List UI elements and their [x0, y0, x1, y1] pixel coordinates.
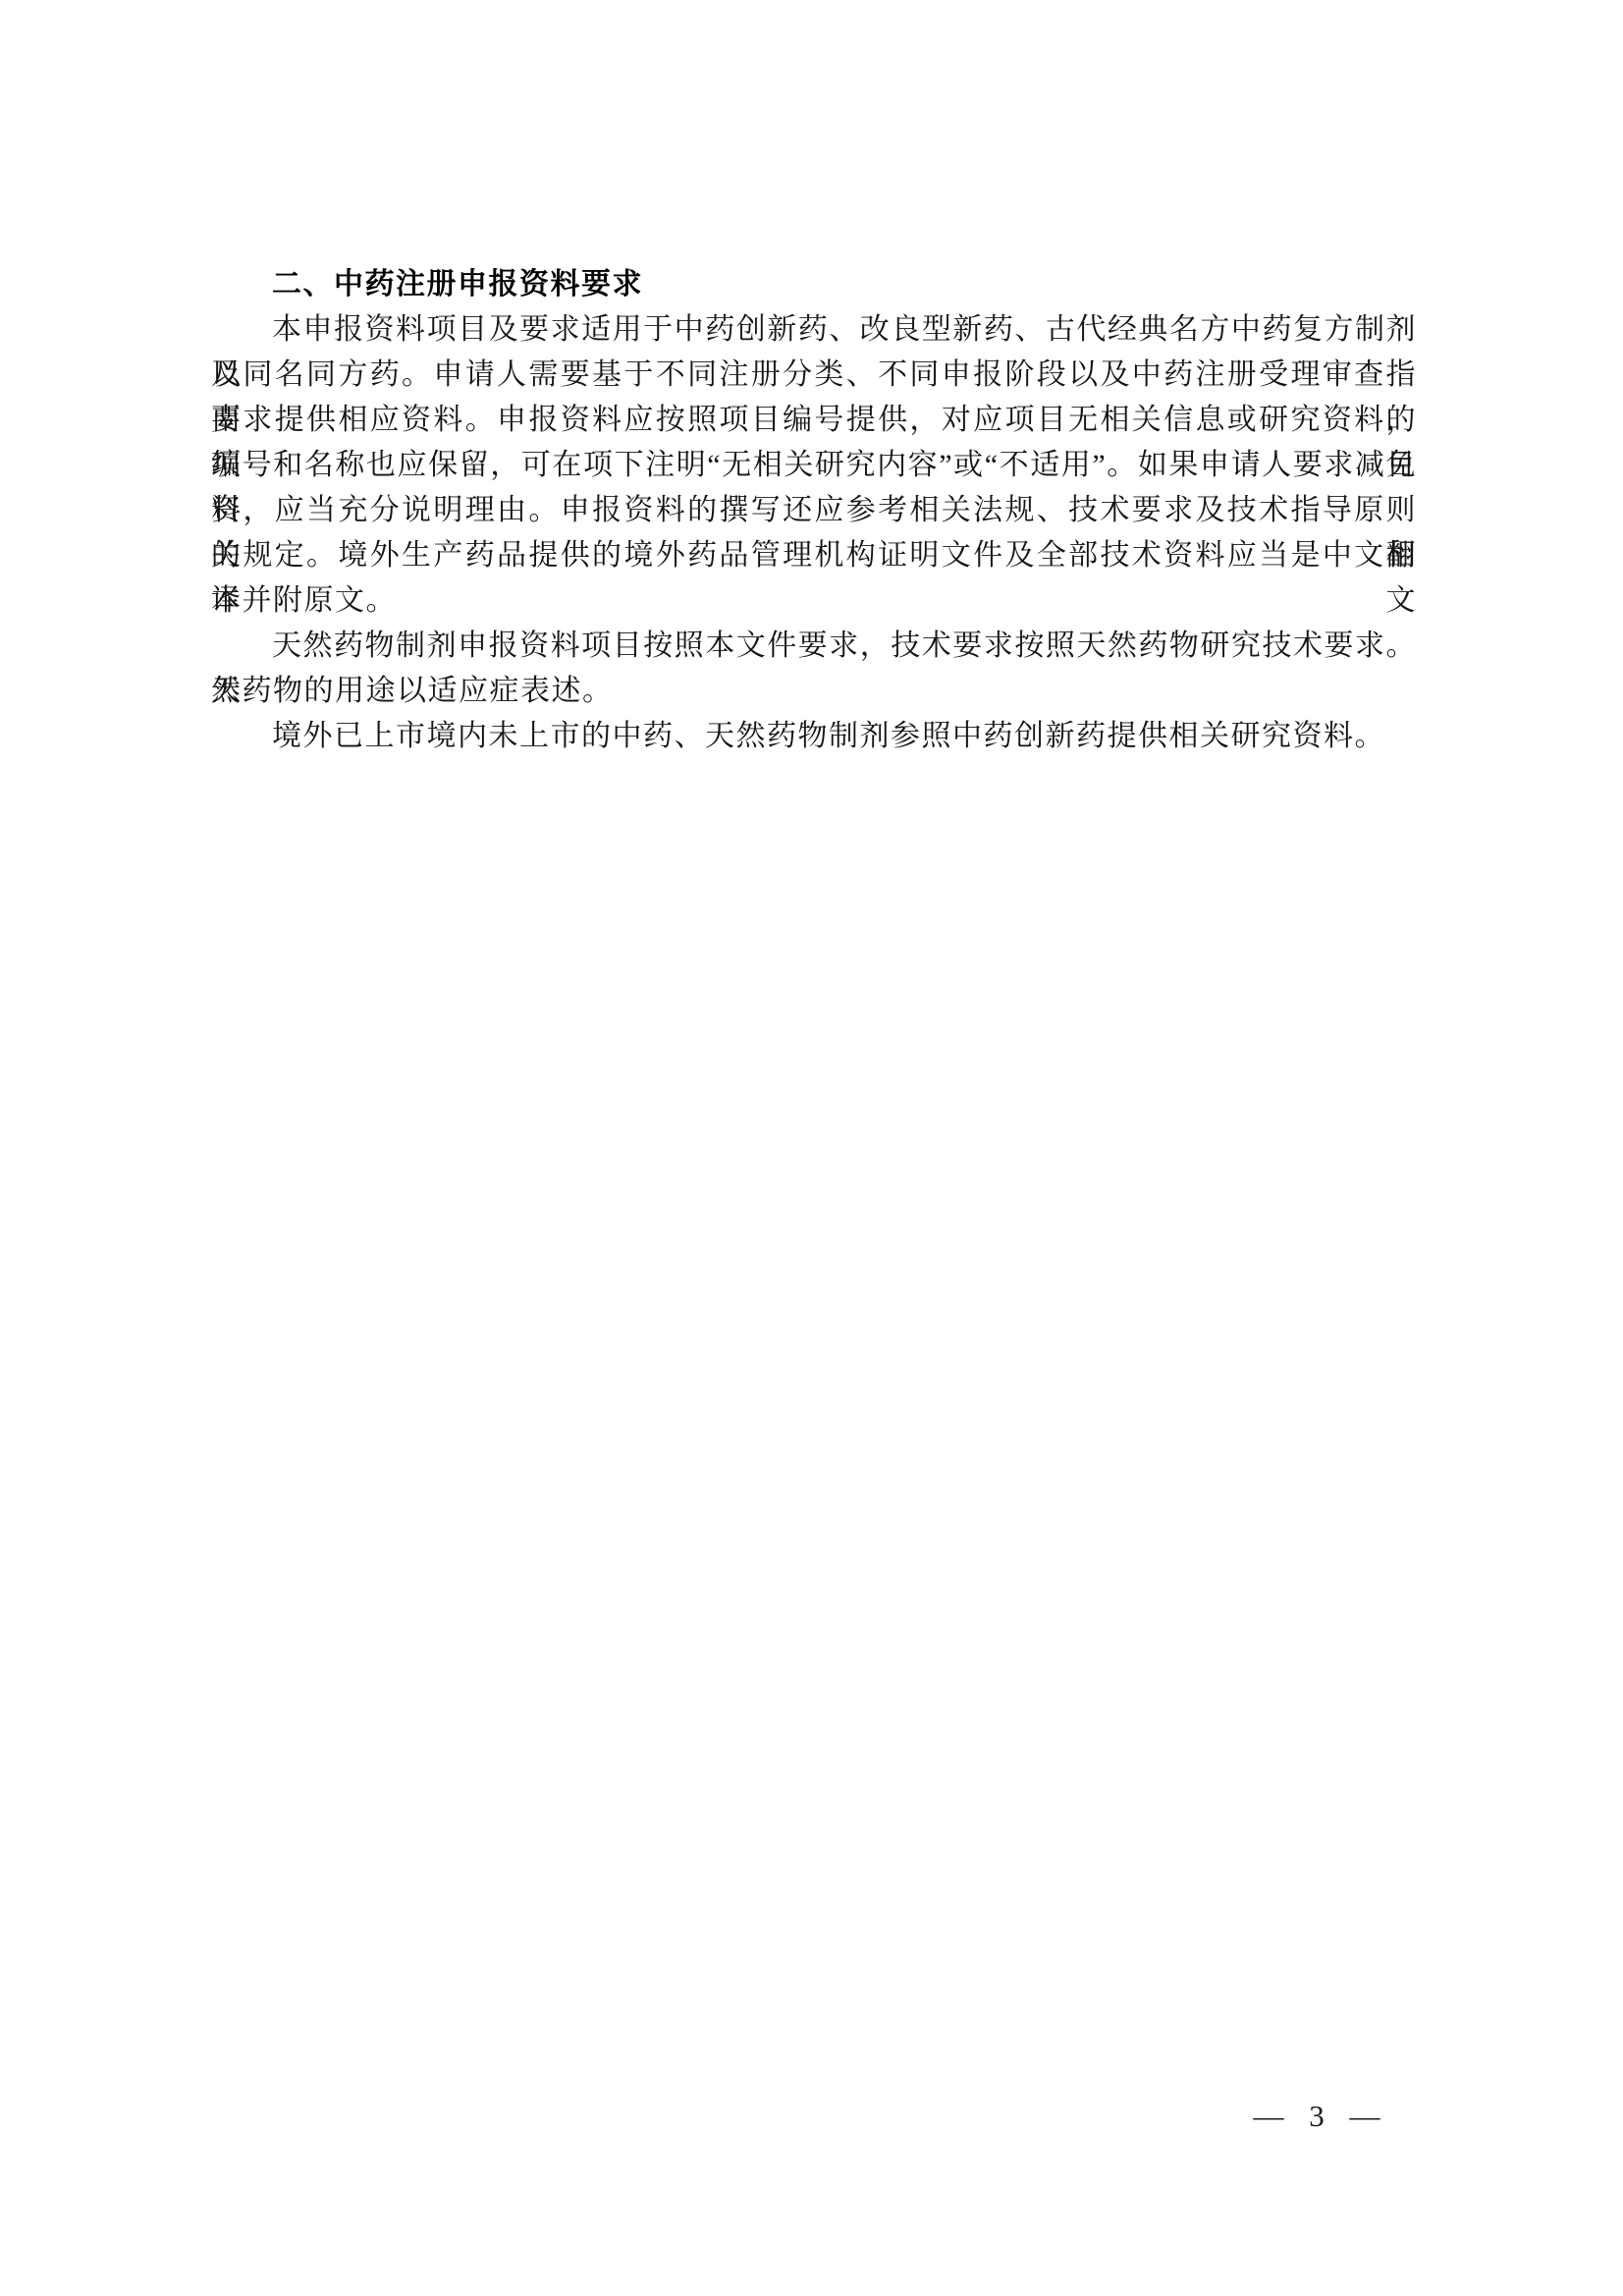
text-line: 境外已上市境内未上市的中药、天然药物制剂参照中药创新药提供相关研究资料。: [211, 714, 1417, 759]
text-line: 料，应当充分说明理由。申报资料的撰写还应参考相关法规、技术要求及技术指导原则的相: [211, 488, 1417, 533]
page-number: — 3 —: [1230, 2094, 1405, 2139]
text-line: 关规定。境外生产药品提供的境外药品管理机构证明文件及全部技术资料应当是中文翻译文: [211, 533, 1417, 578]
document-text-block: 二、中药注册申报资料要求 本申报资料项目及要求适用于中药创新药、改良型新药、古代…: [211, 262, 1417, 759]
paragraph-2: 天然药物制剂申报资料项目按照本文件要求，技术要求按照天然药物研究技术要求。天 然…: [211, 624, 1417, 714]
paragraph-3: 境外已上市境内未上市的中药、天然药物制剂参照中药创新药提供相关研究资料。: [211, 714, 1417, 759]
text-line: 要求提供相应资料。申报资料应按照项目编号提供，对应项目无相关信息或研究资料，项目: [211, 398, 1417, 443]
text-line: 本申报资料项目及要求适用于中药创新药、改良型新药、古代经典名方中药复方制剂以: [211, 307, 1417, 353]
section-heading: 二、中药注册申报资料要求: [211, 262, 1417, 307]
text-line: 然药物的用途以适应症表述。: [211, 669, 1417, 714]
text-line: 天然药物制剂申报资料项目按照本文件要求，技术要求按照天然药物研究技术要求。天: [211, 624, 1417, 669]
text-line: 及同名同方药。申请人需要基于不同注册分类、不同申报阶段以及中药注册受理审查指南的: [211, 353, 1417, 398]
document-page: 二、中药注册申报资料要求 本申报资料项目及要求适用于中药创新药、改良型新药、古代…: [0, 0, 1623, 2296]
text-line: 编号和名称也应保留，可在项下注明“无相关研究内容”或“不适用”。如果申请人要求减…: [211, 443, 1417, 488]
paragraph-1: 本申报资料项目及要求适用于中药创新药、改良型新药、古代经典名方中药复方制剂以 及…: [211, 307, 1417, 624]
